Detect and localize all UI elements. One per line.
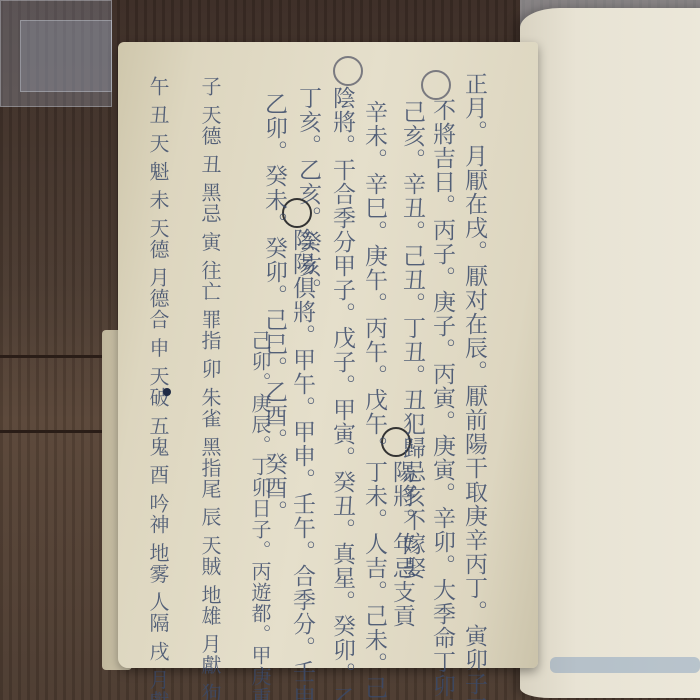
ink-blot [163, 388, 171, 396]
circle-marker [421, 70, 451, 100]
right-blank-page [520, 8, 700, 698]
blue-stain [550, 657, 700, 673]
text-column: 己卯。庚辰。丁卯日子。丙遊都。甲庚重喪。 [250, 330, 270, 650]
text-column: 陰陽俱將。甲午。甲申。壬午。合季分。壬申。真星。 [290, 228, 313, 628]
text-column: 午 丑 天 魁 未 天德 月德合 申 天破 五鬼 酉 吟神 地雾 人隔 戌 月獻… [148, 76, 168, 656]
text-column: 子 天德 丑 黑忌 寅 往亡 罪指 卯 朱雀 黑指尾 辰 天賊 地雄 月獻 狗后… [200, 76, 220, 636]
text-column: 己亥。辛丑。己丑。丁丑。丑犯歸忌亥不嫁娶 [400, 100, 423, 430]
text-column: 辛未。辛巳。庚午。丙午。戊午。丁未。人吉。己未。己巳。丁巳。庚申。丁酉。 [362, 100, 385, 660]
circle-marker [333, 56, 363, 86]
text-column: 陽將。年忌支貢 [390, 460, 413, 660]
text-column: 乙卯。癸未。癸卯。己巳。乙酉。癸酉。 [262, 92, 285, 292]
text-column: 不將吉日。丙子。庚子。丙寅。庚寅。辛卯。大季命丁卯。具吉。辛亥。丁亥 [430, 98, 453, 658]
text-column: 丁亥。乙亥。癸亥。 [296, 86, 319, 206]
plank-seam [0, 430, 110, 433]
text-column: 陰將。干合季分甲子。戊子。甲寅。癸丑。真星。癸卯。乙丑。乙卯。戊寅。 [330, 86, 353, 646]
text-column: 正月。月厭在戌。厭对在辰。厭前陽干取庚辛丙丁。寅卯子三支厭後陰支前 [462, 72, 485, 662]
plastic-sleeve [20, 20, 112, 92]
